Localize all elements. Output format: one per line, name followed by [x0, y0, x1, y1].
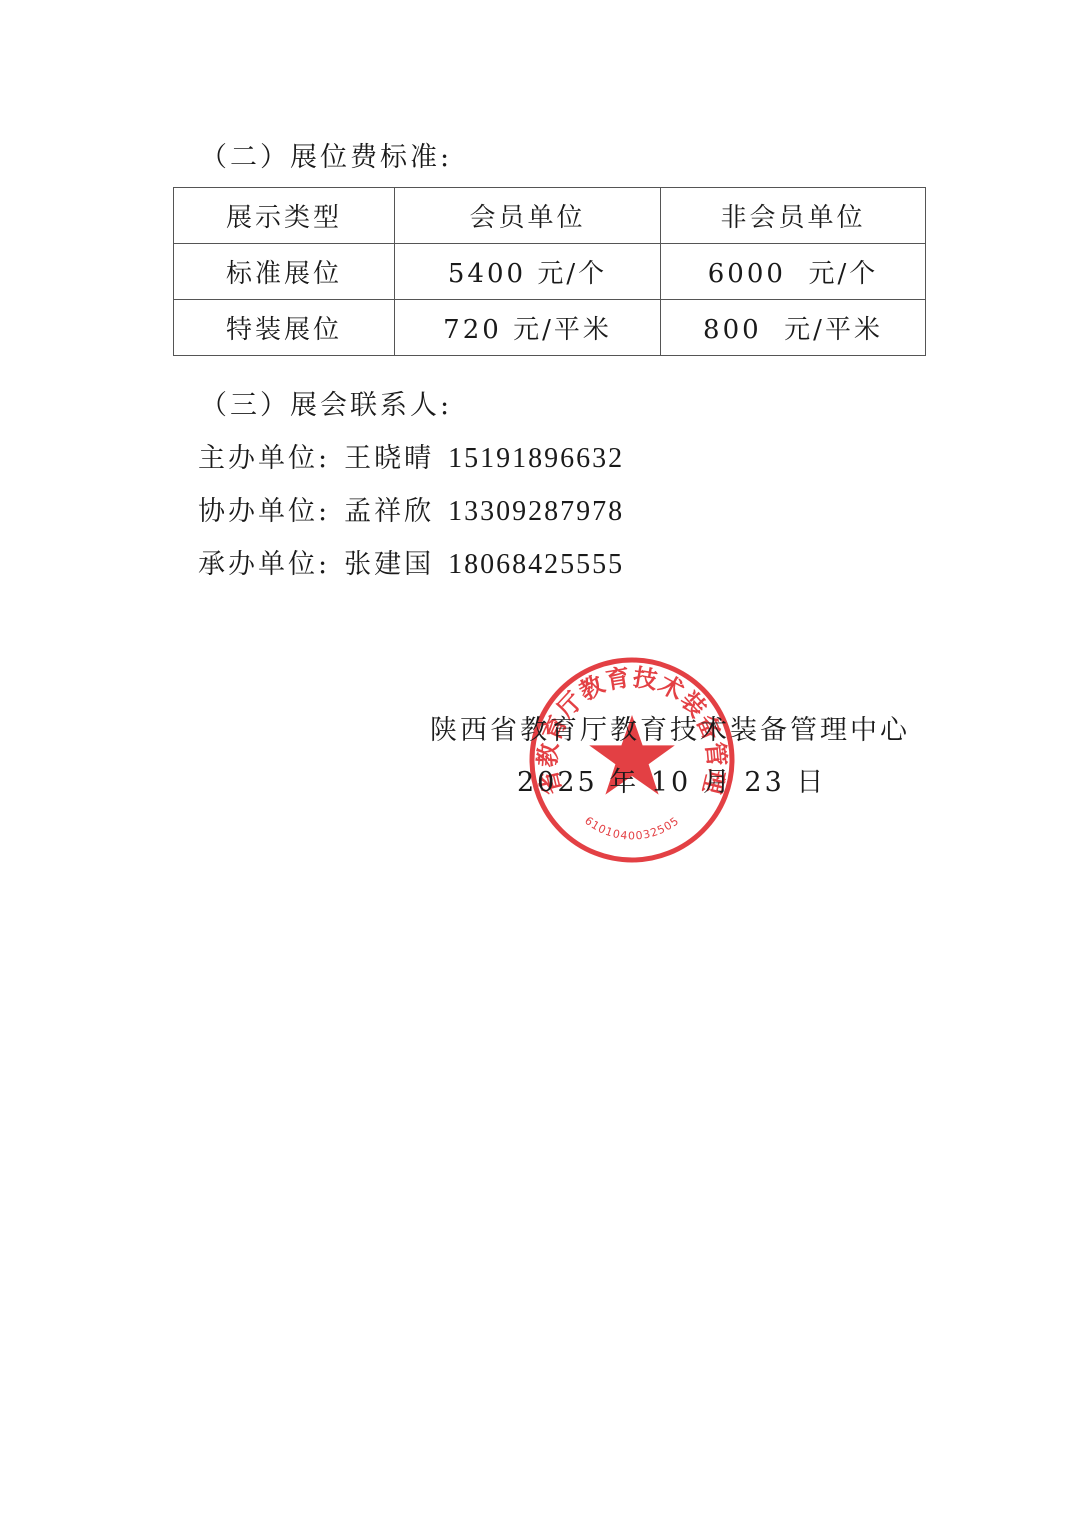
section-heading-contacts: （三）展会联系人:	[200, 383, 452, 422]
contact-row-organizer: 承办单位:张建国18068425555	[198, 542, 624, 581]
contact-row-co-host: 协办单位:孟祥欣13309287978	[198, 489, 624, 528]
contact-name: 王晓晴	[344, 443, 434, 474]
svg-text:6101040032505: 6101040032505	[582, 814, 682, 842]
issuing-organization: 陕西省教育厅教育技术装备管理中心	[430, 708, 910, 747]
contact-name: 孟祥欣	[344, 496, 434, 527]
table-cell: 标准展位	[174, 244, 395, 300]
table-header-cell: 会员单位	[395, 188, 661, 244]
contact-phone: 15191896632	[448, 443, 624, 474]
section-heading-fees: （二）展位费标准:	[200, 135, 452, 174]
table-row: 标准展位 5400 元/个 6000 元/个	[174, 244, 926, 300]
table-row: 特装展位 720 元/平米 800 元/平米	[174, 300, 926, 356]
table-header-row: 展示类型 会员单位 非会员单位	[174, 188, 926, 244]
table-cell: 6000 元/个	[661, 244, 926, 300]
table-cell: 800 元/平米	[661, 300, 926, 356]
contact-phone: 13309287978	[448, 496, 624, 527]
contact-role: 主办单位:	[198, 443, 330, 474]
contact-name: 张建国	[344, 549, 434, 580]
contact-role: 协办单位:	[198, 496, 330, 527]
table-cell: 特装展位	[174, 300, 395, 356]
table-header-cell: 展示类型	[174, 188, 395, 244]
contact-role: 承办单位:	[198, 549, 330, 580]
table-cell: 720 元/平米	[395, 300, 661, 356]
contact-row-host: 主办单位:王晓晴15191896632	[198, 436, 624, 475]
issue-date: 2025 年 10 月 23 日	[517, 760, 826, 799]
table-cell: 5400 元/个	[395, 244, 661, 300]
table-header-cell: 非会员单位	[661, 188, 926, 244]
booth-fee-table: 展示类型 会员单位 非会员单位 标准展位 5400 元/个 6000 元/个 特…	[173, 187, 926, 356]
contact-phone: 18068425555	[448, 549, 624, 580]
